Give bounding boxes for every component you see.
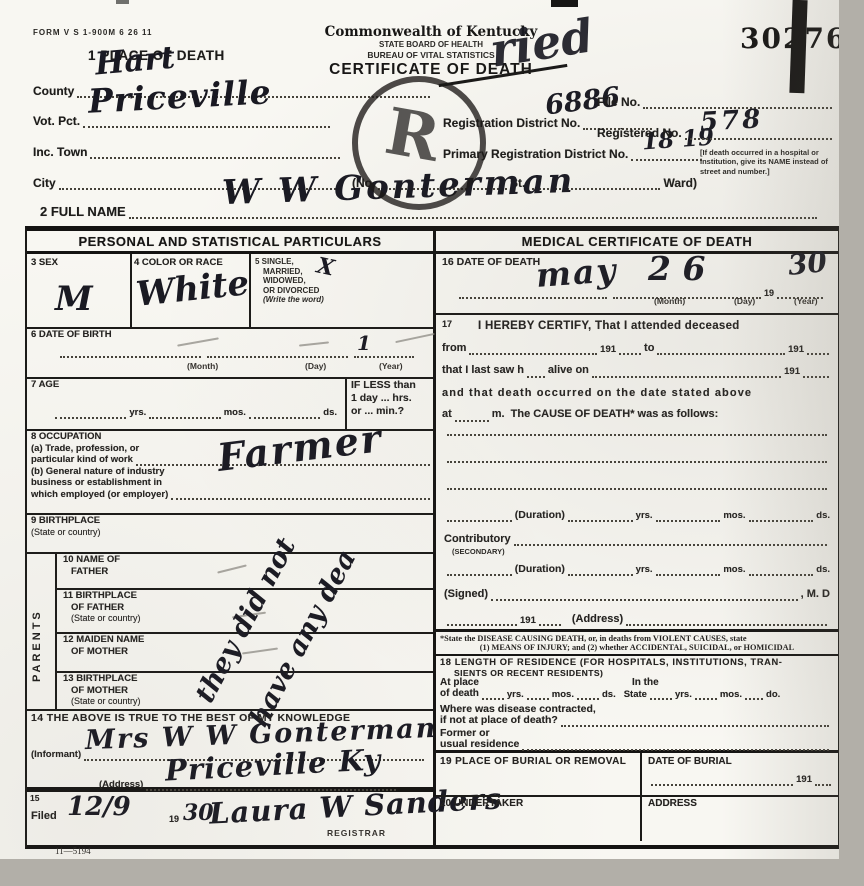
- duration2-mos-line: [656, 571, 721, 576]
- occ-b-line3: which employed (or employer): [31, 489, 168, 501]
- inc-town-line: [90, 154, 340, 159]
- sex-cell: 3 SEX M: [27, 254, 132, 327]
- duration-mos-line: [656, 517, 721, 522]
- date-of-birth-row: 6 DATE OF BIRTH (Month) (Day) (Year) 1: [27, 327, 433, 379]
- dob-label: 6 DATE OF BIRTH: [27, 327, 433, 341]
- footnote-line1: *State the DISEASE CAUSING DEATH, or, in…: [440, 634, 834, 643]
- bottom-form-code: 11—5194: [55, 846, 91, 856]
- scanned-death-certificate: { "doc": { "number": "30276", "bottom_co…: [0, 0, 864, 886]
- burial-row: 19 PLACE OF BURIAL OR REMOVAL DATE OF BU…: [436, 753, 838, 797]
- birthplace-label: 9 BIRTHPLACE: [27, 513, 433, 527]
- to-label: to: [644, 342, 654, 355]
- from-label: from: [442, 342, 466, 355]
- dod-month-line: [459, 294, 607, 299]
- alive-on-line: [592, 373, 781, 378]
- from-year: 191: [600, 344, 616, 356]
- dod-day-value: 2 6: [648, 252, 705, 285]
- cause-footnote: *State the DISEASE CAUSING DEATH, or, in…: [436, 629, 838, 656]
- scan-mark-small: [116, 0, 129, 4]
- signed-date-fill: [447, 621, 517, 626]
- at-label: at: [442, 408, 452, 421]
- signed-row: (Signed) , M. D: [444, 588, 830, 601]
- dod-year-value: 30: [787, 248, 829, 280]
- certify-text: I HEREBY CERTIFY, That I attended deceas…: [478, 319, 740, 333]
- contributory-row: Contributory: [444, 533, 830, 546]
- alive-year-line: [803, 373, 829, 378]
- sex-race-marital-row: 3 SEX M 4 COLOR OR RACE White 5 SINGLE, …: [27, 254, 433, 329]
- res-mos1: mos.: [552, 689, 574, 701]
- duration-ds: ds.: [816, 510, 830, 522]
- contracted-label2: if not at place of death?: [440, 714, 558, 727]
- mother-birthplace-label1: 13 BIRTHPLACE: [57, 671, 433, 685]
- duration-mos: mos.: [723, 510, 745, 522]
- footnote-line2: (1) MEANS OF INJURY; and (2) whether ACC…: [440, 643, 834, 652]
- from-year-line: [619, 350, 641, 355]
- circular-stamp: R: [352, 76, 486, 210]
- burial-place-cell: 19 PLACE OF BURIAL OR REMOVAL: [436, 753, 642, 795]
- inc-town-label: Inc. Town: [33, 145, 87, 159]
- undertaker-label: 20 UNDERTAKER: [436, 795, 640, 810]
- dotted-line: [447, 485, 827, 490]
- dotted-line: [447, 458, 827, 463]
- full-name-label: 2 FULL NAME: [40, 204, 126, 219]
- marital-line1: 5 SINGLE,: [249, 254, 431, 267]
- marital-line2: MARRIED,: [249, 267, 431, 277]
- age-yrs-label: yrs.: [129, 407, 146, 419]
- duration2-yrs-line: [568, 571, 633, 576]
- stamp-letter: R: [380, 94, 445, 177]
- duration-yrs: yrs.: [636, 510, 653, 522]
- father-name-label2: FATHER: [57, 566, 433, 578]
- secondary-label: (SECONDARY): [452, 547, 505, 556]
- informant-address-label: (Address): [99, 779, 143, 791]
- if-less-line1: IF LESS than: [351, 379, 431, 392]
- dotted-line: [447, 431, 827, 436]
- state-label: State: [624, 689, 647, 701]
- scan-mark: [551, 0, 578, 7]
- filed-number: 15: [30, 793, 39, 803]
- vot-pct-line: [83, 123, 330, 128]
- duration-ds-line: [749, 517, 814, 522]
- right-section-title: MEDICAL CERTIFICATE OF DEATH: [436, 231, 838, 254]
- burial-date-year: 191: [796, 774, 812, 786]
- registered-no-label: Registered No.: [597, 126, 682, 140]
- dotted-line: [522, 746, 829, 751]
- father-name-row: 10 NAME OF FATHER: [57, 552, 433, 590]
- dob-line-day: [207, 353, 348, 358]
- duration-fill: [447, 517, 512, 522]
- medical-certificate-column: MEDICAL CERTIFICATE OF DEATH 16 DATE OF …: [436, 231, 838, 845]
- cause-line-1: [444, 431, 830, 436]
- signed-address-label: (Address): [572, 613, 623, 626]
- parents-block: PARENTS 10 NAME OF FATHER 11 BIRTHPLACE …: [27, 552, 433, 711]
- burial-place-label: 19 PLACE OF BURIAL OR REMOVAL: [436, 753, 640, 768]
- age-ds-label: ds.: [323, 407, 337, 419]
- former-label2: usual residence: [440, 738, 519, 751]
- registrar-label: REGISTRAR: [327, 828, 386, 838]
- to-line: [657, 350, 785, 355]
- duration-yrs-line: [568, 517, 633, 522]
- dotted-line: [482, 695, 504, 700]
- scan-edge-bottom: [0, 859, 864, 886]
- contracted-row: if not at place of death?: [440, 714, 832, 727]
- marital-line4: OR DIVORCED: [249, 286, 431, 296]
- duration-label: (Duration): [515, 509, 565, 522]
- certificate-table: PERSONAL AND STATISTICAL PARTICULARS 3 S…: [25, 226, 839, 849]
- m-label: m.: [492, 408, 505, 421]
- county-value: Hart: [94, 43, 176, 81]
- signed-date-row: 191 (Address): [444, 613, 830, 626]
- if-less-line2: 1 day ... hrs.: [351, 392, 431, 405]
- parents-vertical-label: PARENTS: [31, 582, 43, 682]
- at-line: [455, 417, 489, 422]
- duration2-fill: [447, 571, 512, 576]
- contributory-line: [514, 541, 827, 546]
- primary-registration-line: [631, 156, 702, 161]
- dod-month-sublabel: (Month): [654, 296, 685, 306]
- dob-year-sublabel: (Year): [379, 361, 403, 371]
- burial-date-cell: DATE OF BURIAL 191: [642, 753, 838, 795]
- sex-value: M: [55, 282, 93, 316]
- signed-date-year-line: [539, 621, 561, 626]
- certificate-number: 30276: [740, 22, 839, 55]
- age-yrs-line: [55, 414, 126, 419]
- dotted-line: [577, 695, 599, 700]
- res-yrs2: yrs.: [675, 689, 692, 701]
- mother-birthplace-label3: (State or country): [57, 696, 433, 707]
- last-saw-fill: [527, 373, 545, 378]
- dotted-line: [745, 695, 763, 700]
- personal-particulars-column: PERSONAL AND STATISTICAL PARTICULARS 3 S…: [27, 231, 436, 845]
- age-mos-line: [149, 414, 220, 419]
- dob-line-month: [60, 353, 201, 358]
- to-year: 191: [788, 344, 804, 356]
- to-year-line: [807, 350, 829, 355]
- dod-day-sublabel: (Day): [734, 296, 755, 306]
- pencil-dash: [299, 341, 329, 346]
- of-death-label: of death: [440, 688, 479, 700]
- occ-b-fill: [171, 495, 430, 500]
- informant-label: (Informant): [31, 749, 81, 761]
- dod-label: 16 DATE OF DEATH: [436, 254, 838, 269]
- hospital-note: [If death occurred in a hospital or inst…: [700, 148, 837, 176]
- color-race-value: White: [135, 266, 251, 312]
- signed-label: (Signed): [444, 588, 488, 601]
- cause-label: The CAUSE OF DEATH* was as follows:: [511, 408, 719, 421]
- cause-line-2: [444, 458, 830, 463]
- duration2-mos: mos.: [723, 564, 745, 576]
- inc-town-row: Inc. Town: [33, 145, 343, 159]
- former-row: usual residence: [440, 738, 832, 751]
- signed-date-year: 191: [520, 615, 536, 627]
- city-label: City: [33, 176, 56, 190]
- left-section-title: PERSONAL AND STATISTICAL PARTICULARS: [27, 231, 433, 254]
- date-of-death-row: 16 DATE OF DEATH 19 (Month) (Day) (Year)…: [436, 254, 838, 315]
- dotted-line: [650, 695, 672, 700]
- contributory-label: Contributory: [444, 533, 511, 546]
- res-do2: do.: [766, 689, 780, 701]
- age-mos-label: mos.: [224, 407, 246, 419]
- duration2-label: (Duration): [515, 563, 565, 576]
- cause-line-3: [444, 485, 830, 490]
- certify-block: 17 I HEREBY CERTIFY, That I attended dec…: [436, 313, 838, 433]
- filed-row: 15 Filed 12/9 19 30 Laura W Sanders REGI…: [27, 792, 433, 841]
- birthplace-row: 9 BIRTHPLACE (State or country): [27, 513, 433, 554]
- birthplace-sublabel: (State or country): [27, 527, 433, 538]
- md-label: , M. D: [801, 588, 830, 601]
- occ-b-line2: business or establishment in: [27, 477, 433, 489]
- duration-row: (Duration) yrs. mos. ds.: [444, 509, 830, 522]
- overlay-scrawl: ried: [487, 12, 596, 74]
- alive-on-label: alive on: [548, 364, 589, 377]
- marital-cell: 5 SINGLE, MARRIED, WIDOWED, OR DIVORCED …: [249, 254, 431, 327]
- signed-line: [491, 596, 798, 601]
- duration2-ds: ds.: [816, 564, 830, 576]
- county-label: County: [33, 84, 74, 98]
- residence-duration-row: of death yrs. mos. ds. State yrs. mos. d…: [440, 688, 832, 700]
- certificate-paper: FORM V S 1-900M 6 26 11 1 PLACE OF DEATH…: [0, 0, 839, 859]
- duration2-ds-line: [749, 571, 814, 576]
- vot-pct-row: Vot. Pct.: [33, 114, 333, 128]
- burial-date-label: DATE OF BURIAL: [642, 753, 838, 768]
- signed-address-line: [626, 621, 827, 626]
- filed-label: Filed: [31, 810, 57, 823]
- duration2-row: (Duration) yrs. mos. ds.: [444, 563, 830, 576]
- res-ds1: ds.: [602, 689, 616, 701]
- occupation-row: 8 OCCUPATION (a) Trade, profession, or p…: [27, 429, 433, 515]
- age-ds-line: [249, 414, 320, 419]
- undertaker-row: 20 UNDERTAKER ADDRESS: [436, 795, 838, 841]
- filed-date-value: 12/9: [67, 794, 131, 820]
- mother-birthplace-row: 13 BIRTHPLACE OF MOTHER (State or countr…: [57, 671, 433, 709]
- dob-month-sublabel: (Month): [187, 361, 218, 371]
- residence-label1: 18 LENGTH OF RESIDENCE (FOR HOSPITALS, I…: [436, 655, 838, 668]
- dob-mark: 1: [357, 333, 371, 353]
- informant-block: 14 THE ABOVE IS TRUE TO THE BEST OF MY K…: [27, 709, 433, 792]
- dod-month-value: may: [535, 253, 619, 292]
- duration2-yrs: yrs.: [636, 564, 653, 576]
- alive-year: 191: [784, 366, 800, 378]
- marital-line5: (Write the word): [249, 295, 431, 305]
- scan-edge-right: [839, 0, 864, 886]
- from-line: [469, 350, 597, 355]
- vot-pct-value: Priceville: [87, 75, 272, 118]
- full-name-line: [129, 214, 817, 219]
- undertaker-address-label: ADDRESS: [642, 795, 838, 810]
- residence-block: 18 LENGTH OF RESIDENCE (FOR HOSPITALS, I…: [436, 655, 838, 753]
- dotted-line: [815, 781, 831, 786]
- mother-birthplace-label2: OF MOTHER: [57, 685, 433, 697]
- dod-year-sublabel: (Year): [794, 296, 818, 306]
- dod-year-prefix: 19: [764, 288, 774, 299]
- ward-label: Ward): [663, 176, 697, 190]
- dotted-line: [695, 695, 717, 700]
- death-occurred-text: and that death occurred on the date stat…: [436, 378, 838, 400]
- marital-line3: WIDOWED,: [249, 276, 431, 286]
- age-line: yrs. mos. ds.: [52, 407, 337, 419]
- sex-label: 3 SEX: [27, 254, 130, 269]
- dod-line: 19: [456, 288, 826, 299]
- filed-year-prefix: 19: [169, 814, 179, 825]
- file-no-label: File No.: [597, 95, 640, 109]
- if-less-line3: or ... min.?: [351, 405, 431, 418]
- form-code: FORM V S 1-900M 6 26 11: [33, 28, 153, 38]
- registered-no-value: 578: [699, 106, 764, 135]
- color-race-cell: 4 COLOR OR RACE White: [130, 254, 251, 327]
- undertaker-address-cell: ADDRESS: [642, 795, 838, 841]
- dotted-line: [651, 781, 793, 786]
- undertaker-cell: 20 UNDERTAKER: [436, 795, 642, 841]
- occ-a-line2: particular kind of work: [31, 454, 133, 466]
- last-saw-label: that I last saw h: [442, 364, 524, 377]
- certify-number: 17: [442, 319, 452, 330]
- res-yrs1: yrs.: [507, 689, 524, 701]
- dotted-line: [527, 695, 549, 700]
- dob-day-sublabel: (Day): [305, 361, 326, 371]
- res-mos2: mos.: [720, 689, 742, 701]
- vot-pct-label: Vot. Pct.: [33, 114, 80, 128]
- dotted-line: [561, 722, 829, 727]
